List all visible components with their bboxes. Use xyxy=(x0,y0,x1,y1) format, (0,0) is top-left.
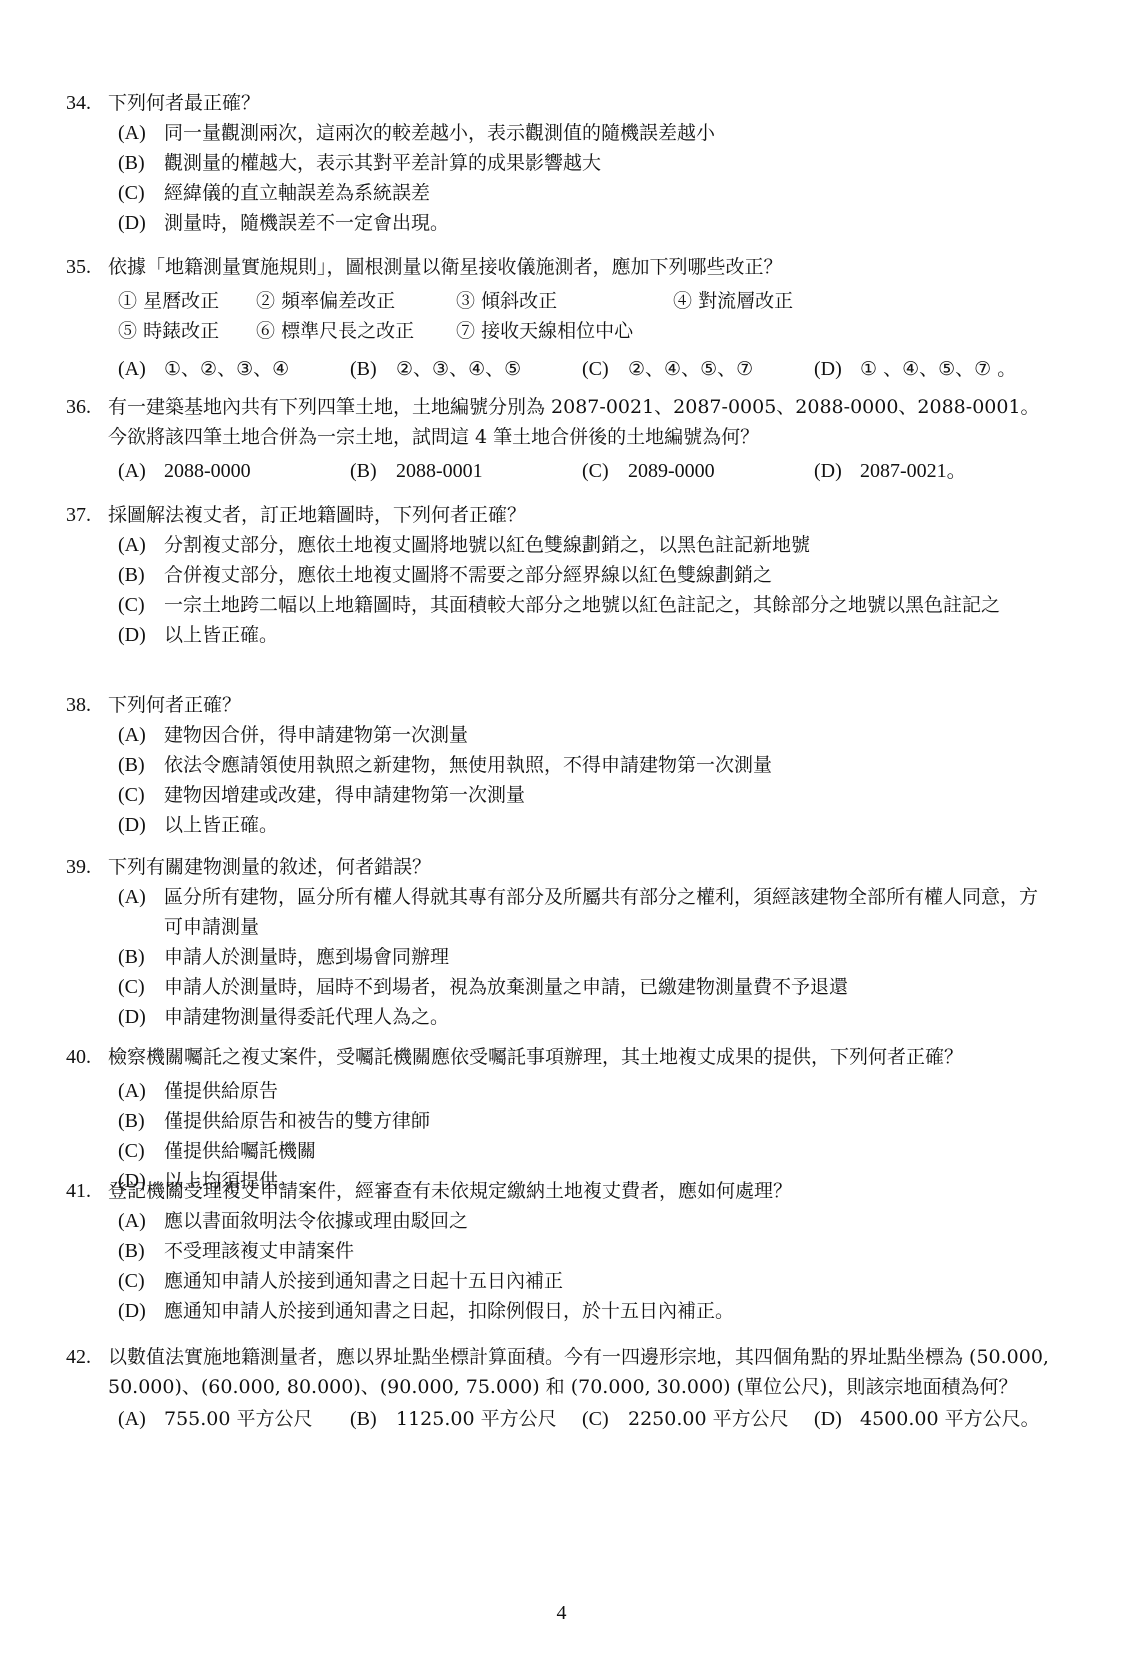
option-b: (B)合併複丈部分，應依土地複丈圖將不需要之部分經界線以紅色雙線劃銷之 xyxy=(118,560,1056,590)
question-35: 35. 依據「地籍測量實施規則」，圖根測量以衛星接收儀施測者，應加下列哪些改正？… xyxy=(66,252,1056,384)
option-text: 2088-0001 xyxy=(396,456,582,486)
option-text: 應通知申請人於接到通知書之日起十五日內補正 xyxy=(164,1266,1056,1296)
option-text: 不受理該複丈申請案件 xyxy=(164,1236,1056,1266)
option-c: (C)僅提供給囑託機關 xyxy=(118,1136,588,1166)
option-text: 區分所有建物，區分所有權人得就其專有部分及所屬共有部分之權利，須經該建物全部所有… xyxy=(164,882,1056,942)
option-text: 同一量觀測兩次，這兩次的較差越小，表示觀測值的隨機誤差越小 xyxy=(164,118,1056,148)
option-label: (B) xyxy=(350,456,396,486)
option-label: (B) xyxy=(118,750,164,780)
option-d: (D)申請建物測量得委託代理人為之。 xyxy=(118,1002,1056,1032)
question-42: 42. 以數值法實施地籍測量者，應以界址點坐標計算面積。今有一四邊形宗地，其四個… xyxy=(66,1342,1056,1434)
option-label: (D) xyxy=(118,208,164,238)
item-6: ⑥ 標準尺長之改正 xyxy=(256,316,456,346)
option-label: (D) xyxy=(814,1404,860,1434)
option-label: (C) xyxy=(582,1404,628,1434)
option-label: (C) xyxy=(118,780,164,810)
option-label: (A) xyxy=(118,354,164,384)
option-text: 2089-0000 xyxy=(628,456,814,486)
option-text: 觀測量的權越大，表示其對平差計算的成果影響越大 xyxy=(164,148,1056,178)
option-d: (D)以上皆正確。 xyxy=(118,810,1056,840)
exam-page: 34. 下列何者最正確？ (A)同一量觀測兩次，這兩次的較差越小，表示觀測值的隨… xyxy=(0,0,1123,1654)
page-number: 4 xyxy=(0,1602,1123,1625)
option-d: (D)4500.00 平方公尺。 xyxy=(814,1404,1046,1434)
option-text: 合併複丈部分，應依土地複丈圖將不需要之部分經界線以紅色雙線劃銷之 xyxy=(164,560,1056,590)
option-text: 測量時，隨機誤差不一定會出現。 xyxy=(164,208,1056,238)
option-label: (B) xyxy=(118,148,164,178)
item-3: ③ 傾斜改正 xyxy=(456,286,673,316)
question-stem: 依據「地籍測量實施規則」，圖根測量以衛星接收儀施測者，應加下列哪些改正？ xyxy=(108,252,1056,282)
item-5: ⑤ 時錶改正 xyxy=(118,316,256,346)
option-a: (A)僅提供給原告 xyxy=(118,1076,588,1106)
option-d: (D)應通知申請人於接到通知書之日起，扣除例假日，於十五日內補正。 xyxy=(118,1296,1056,1326)
option-text: ①、②、③、④ xyxy=(164,354,350,384)
question-number: 37. xyxy=(66,500,108,530)
option-a: (A)應以書面敘明法令依據或理由駁回之 xyxy=(118,1206,1056,1236)
option-c: (C)經緯儀的直立軸誤差為系統誤差 xyxy=(118,178,1056,208)
option-label: (B) xyxy=(350,354,396,384)
option-label: (B) xyxy=(118,942,164,972)
option-label: (A) xyxy=(118,1076,164,1106)
question-stem: 以數值法實施地籍測量者，應以界址點坐標計算面積。今有一四邊形宗地，其四個角點的界… xyxy=(108,1342,1056,1402)
option-label: (D) xyxy=(814,354,860,384)
option-label: (D) xyxy=(814,456,860,486)
question-40: 40. 檢察機關囑託之複丈案件，受囑託機關應依受囑託事項辦理，其土地複丈成果的提… xyxy=(66,1042,1056,1196)
question-number: 35. xyxy=(66,252,108,282)
option-text: 建物因增建或改建，得申請建物第一次測量 xyxy=(164,780,1056,810)
question-stem: 下列有關建物測量的敘述，何者錯誤？ xyxy=(108,852,1056,882)
option-d: (D)① 、④、⑤、⑦ 。 xyxy=(814,354,1046,384)
option-text: 僅提供給囑託機關 xyxy=(164,1136,588,1166)
option-c: (C)一宗土地跨二幅以上地籍圖時，其面積較大部分之地號以紅色註記之，其餘部分之地… xyxy=(118,590,1056,620)
option-a: (A)①、②、③、④ xyxy=(118,354,350,384)
question-number: 34. xyxy=(66,88,108,118)
option-a: (A)建物因合併，得申請建物第一次測量 xyxy=(118,720,1056,750)
option-text: 分割複丈部分，應依土地複丈圖將地號以紅色雙線劃銷之，以黑色註記新地號 xyxy=(164,530,1056,560)
option-a: (A)同一量觀測兩次，這兩次的較差越小，表示觀測值的隨機誤差越小 xyxy=(118,118,1056,148)
option-c: (C)建物因增建或改建，得申請建物第一次測量 xyxy=(118,780,1056,810)
option-b: (B)②、③、④、⑤ xyxy=(350,354,582,384)
option-text: 申請人於測量時，屆時不到場者，視為放棄測量之申請，已繳建物測量費不予退還 xyxy=(164,972,1056,1002)
question-39: 39. 下列有關建物測量的敘述，何者錯誤？ (A)區分所有建物，區分所有權人得就… xyxy=(66,852,1056,1032)
question-number: 38. xyxy=(66,690,108,720)
option-text: ① 、④、⑤、⑦ 。 xyxy=(860,354,1046,384)
option-a: (A)755.00 平方公尺 xyxy=(118,1404,350,1434)
question-stem: 有一建築基地內共有下列四筆土地，土地編號分別為 2087-0021、2087-0… xyxy=(108,392,1056,452)
option-d: (D)2087-0021。 xyxy=(814,456,1046,486)
option-a: (A)區分所有建物，區分所有權人得就其專有部分及所屬共有部分之權利，須經該建物全… xyxy=(118,882,1056,942)
question-number: 40. xyxy=(66,1042,108,1072)
option-label: (B) xyxy=(118,1106,164,1136)
option-a: (A)2088-0000 xyxy=(118,456,350,486)
option-label: (B) xyxy=(118,1236,164,1266)
option-d: (D)測量時，隨機誤差不一定會出現。 xyxy=(118,208,1056,238)
item-4: ④ 對流層改正 xyxy=(673,286,793,316)
option-text: 1125.00 平方公尺 xyxy=(396,1404,582,1434)
option-label: (C) xyxy=(118,178,164,208)
option-label: (A) xyxy=(118,118,164,148)
option-text: 以上皆正確。 xyxy=(164,620,1056,650)
question-stem: 採圖解法複丈者，訂正地籍圖時，下列何者正確？ xyxy=(108,500,1056,530)
option-label: (C) xyxy=(582,456,628,486)
option-text: 僅提供給原告和被告的雙方律師 xyxy=(164,1106,588,1136)
item-7: ⑦ 接收天線相位中心 xyxy=(456,316,633,346)
option-label: (A) xyxy=(118,456,164,486)
option-label: (D) xyxy=(118,1002,164,1032)
option-c: (C)2089-0000 xyxy=(582,456,814,486)
option-label: (C) xyxy=(118,590,164,620)
question-number: 39. xyxy=(66,852,108,882)
option-label: (D) xyxy=(118,810,164,840)
question-number: 36. xyxy=(66,392,108,452)
question-stem: 下列何者最正確？ xyxy=(108,88,1056,118)
option-label: (A) xyxy=(118,530,164,560)
option-text: 以上皆正確。 xyxy=(164,810,1056,840)
option-label: (C) xyxy=(118,972,164,1002)
option-b: (B)2088-0001 xyxy=(350,456,582,486)
option-text: 一宗土地跨二幅以上地籍圖時，其面積較大部分之地號以紅色註記之，其餘部分之地號以黑… xyxy=(164,590,1056,620)
correction-items: ① 星曆改正 ② 頻率偏差改正 ③ 傾斜改正 ④ 對流層改正 ⑤ 時錶改正 ⑥ … xyxy=(118,286,1056,346)
option-label: (A) xyxy=(118,882,164,942)
option-c: (C)②、④、⑤、⑦ xyxy=(582,354,814,384)
option-text: 2087-0021。 xyxy=(860,456,1046,486)
option-label: (C) xyxy=(118,1266,164,1296)
question-37: 37. 採圖解法複丈者，訂正地籍圖時，下列何者正確？ (A)分割複丈部分，應依土… xyxy=(66,500,1056,650)
option-text: 申請人於測量時，應到場會同辦理 xyxy=(164,942,1056,972)
option-d: (D)以上皆正確。 xyxy=(118,620,1056,650)
question-36: 36. 有一建築基地內共有下列四筆土地，土地編號分別為 2087-0021、20… xyxy=(66,392,1056,486)
option-text: 4500.00 平方公尺。 xyxy=(860,1404,1046,1434)
option-label: (B) xyxy=(118,560,164,590)
option-b: (B)觀測量的權越大，表示其對平差計算的成果影響越大 xyxy=(118,148,1056,178)
option-b: (B)不受理該複丈申請案件 xyxy=(118,1236,1056,1266)
question-stem: 下列何者正確？ xyxy=(108,690,1056,720)
option-c: (C)申請人於測量時，屆時不到場者，視為放棄測量之申請，已繳建物測量費不予退還 xyxy=(118,972,1056,1002)
option-text: 755.00 平方公尺 xyxy=(164,1404,350,1434)
option-text: 應以書面敘明法令依據或理由駁回之 xyxy=(164,1206,1056,1236)
option-text: 依法令應請領使用執照之新建物，無使用執照，不得申請建物第一次測量 xyxy=(164,750,1056,780)
option-text: 僅提供給原告 xyxy=(164,1076,588,1106)
option-text: 2250.00 平方公尺 xyxy=(628,1404,814,1434)
option-label: (A) xyxy=(118,1206,164,1236)
option-label: (C) xyxy=(118,1136,164,1166)
option-b: (B)1125.00 平方公尺 xyxy=(350,1404,582,1434)
option-a: (A)分割複丈部分，應依土地複丈圖將地號以紅色雙線劃銷之，以黑色註記新地號 xyxy=(118,530,1056,560)
option-text: 申請建物測量得委託代理人為之。 xyxy=(164,1002,1056,1032)
question-stem: 檢察機關囑託之複丈案件，受囑託機關應依受囑託事項辦理，其土地複丈成果的提供，下列… xyxy=(108,1042,1056,1072)
option-b: (B)申請人於測量時，應到場會同辦理 xyxy=(118,942,1056,972)
option-text: 應通知申請人於接到通知書之日起，扣除例假日，於十五日內補正。 xyxy=(164,1296,1056,1326)
item-1: ① 星曆改正 xyxy=(118,286,256,316)
question-number: 41. xyxy=(66,1176,108,1206)
question-41: 41. 登記機關受理複丈申請案件，經審查有未依規定繳納土地複丈費者，應如何處理？… xyxy=(66,1176,1056,1326)
option-text: 經緯儀的直立軸誤差為系統誤差 xyxy=(164,178,1056,208)
question-34: 34. 下列何者最正確？ (A)同一量觀測兩次，這兩次的較差越小，表示觀測值的隨… xyxy=(66,88,1056,238)
option-label: (A) xyxy=(118,1404,164,1434)
option-text: ②、③、④、⑤ xyxy=(396,354,582,384)
option-text: 建物因合併，得申請建物第一次測量 xyxy=(164,720,1056,750)
option-text: ②、④、⑤、⑦ xyxy=(628,354,814,384)
option-label: (D) xyxy=(118,1296,164,1326)
option-b: (B)依法令應請領使用執照之新建物，無使用執照，不得申請建物第一次測量 xyxy=(118,750,1056,780)
option-c: (C)2250.00 平方公尺 xyxy=(582,1404,814,1434)
option-label: (A) xyxy=(118,720,164,750)
option-c: (C)應通知申請人於接到通知書之日起十五日內補正 xyxy=(118,1266,1056,1296)
question-stem: 登記機關受理複丈申請案件，經審查有未依規定繳納土地複丈費者，應如何處理？ xyxy=(108,1176,1056,1206)
option-label: (D) xyxy=(118,620,164,650)
option-b: (B)僅提供給原告和被告的雙方律師 xyxy=(118,1106,588,1136)
option-text: 2088-0000 xyxy=(164,456,350,486)
question-number: 42. xyxy=(66,1342,108,1402)
option-label: (C) xyxy=(582,354,628,384)
question-38: 38. 下列何者正確？ (A)建物因合併，得申請建物第一次測量 (B)依法令應請… xyxy=(66,690,1056,840)
option-label: (B) xyxy=(350,1404,396,1434)
item-2: ② 頻率偏差改正 xyxy=(256,286,456,316)
